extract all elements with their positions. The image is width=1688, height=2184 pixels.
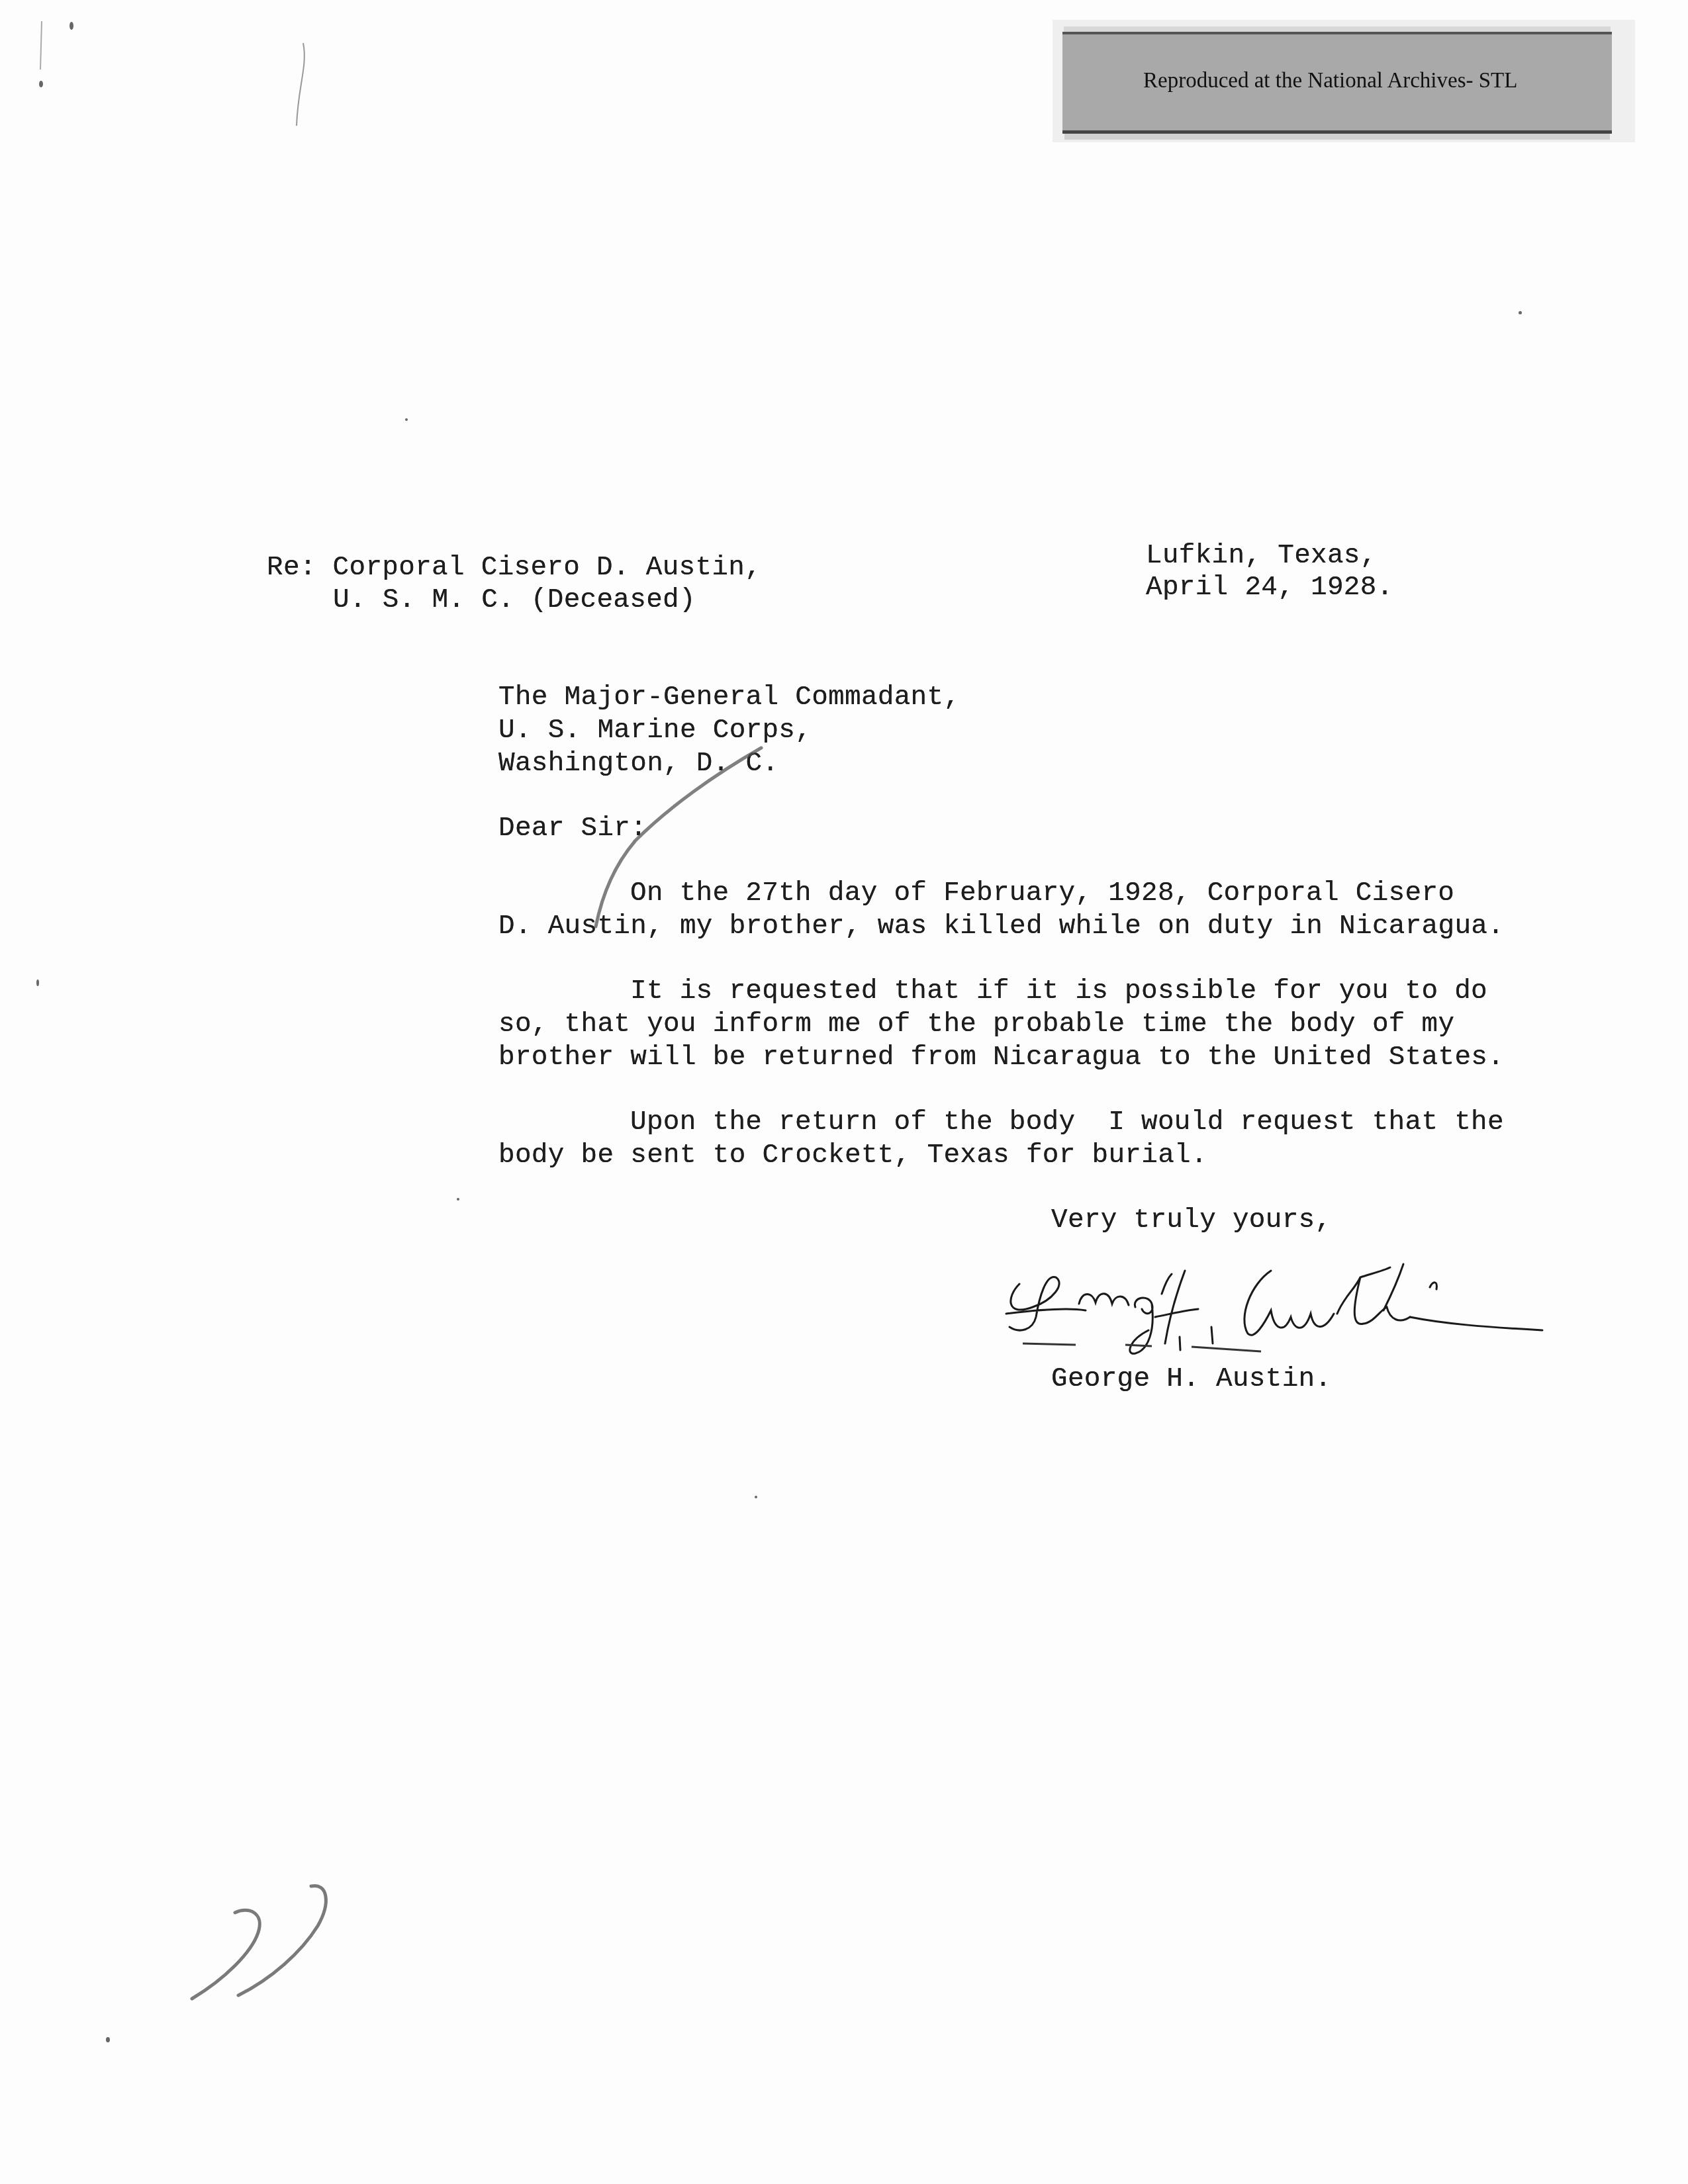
scan-speck — [405, 418, 408, 421]
recipient-line-1: The Major-General Commadant, — [498, 684, 960, 711]
body-paragraph-3-line-1: Upon the return of the body I would requ… — [630, 1109, 1504, 1136]
pencil-annotation-mark — [172, 1873, 344, 2005]
handwritten-signature: George H. Austin — [993, 1244, 1628, 1363]
letter-date: April 24, 1928. — [1146, 574, 1393, 602]
closing: Very truly yours, — [1051, 1207, 1331, 1234]
scan-speck — [70, 22, 73, 30]
typed-signature-name: George H. Austin. — [1051, 1366, 1331, 1393]
scan-speck — [106, 2037, 110, 2042]
scan-speck — [1519, 311, 1522, 314]
scan-speck — [36, 979, 39, 986]
body-paragraph-3-line-2: body be sent to Crockett, Texas for buri… — [498, 1142, 1207, 1169]
body-paragraph-2-line-1: It is requested that if it is possible f… — [630, 978, 1487, 1005]
recipient-line-2: U. S. Marine Corps, — [498, 717, 812, 745]
reference-line-1: Re: Corporal Cisero D. Austin, — [267, 555, 761, 582]
archive-stamp-text: Reproduced at the National Archives- STL — [1143, 69, 1517, 93]
scan-speck — [39, 81, 43, 87]
pencil-check-mark — [569, 741, 781, 940]
scan-edge-mark — [291, 40, 311, 132]
scan-speck — [457, 1198, 459, 1201]
sender-city: Lufkin, Texas, — [1146, 543, 1377, 570]
body-paragraph-2-line-2: so, that you inform me of the probable t… — [498, 1011, 1454, 1038]
scan-edge-mark — [38, 20, 46, 73]
body-paragraph-2-line-3: brother will be returned from Nicaragua … — [498, 1044, 1504, 1071]
scan-speck — [755, 1496, 757, 1498]
letter-page: Reproduced at the National Archives- STL… — [0, 0, 1688, 2184]
reference-line-2: U. S. M. C. (Deceased) — [333, 587, 696, 614]
